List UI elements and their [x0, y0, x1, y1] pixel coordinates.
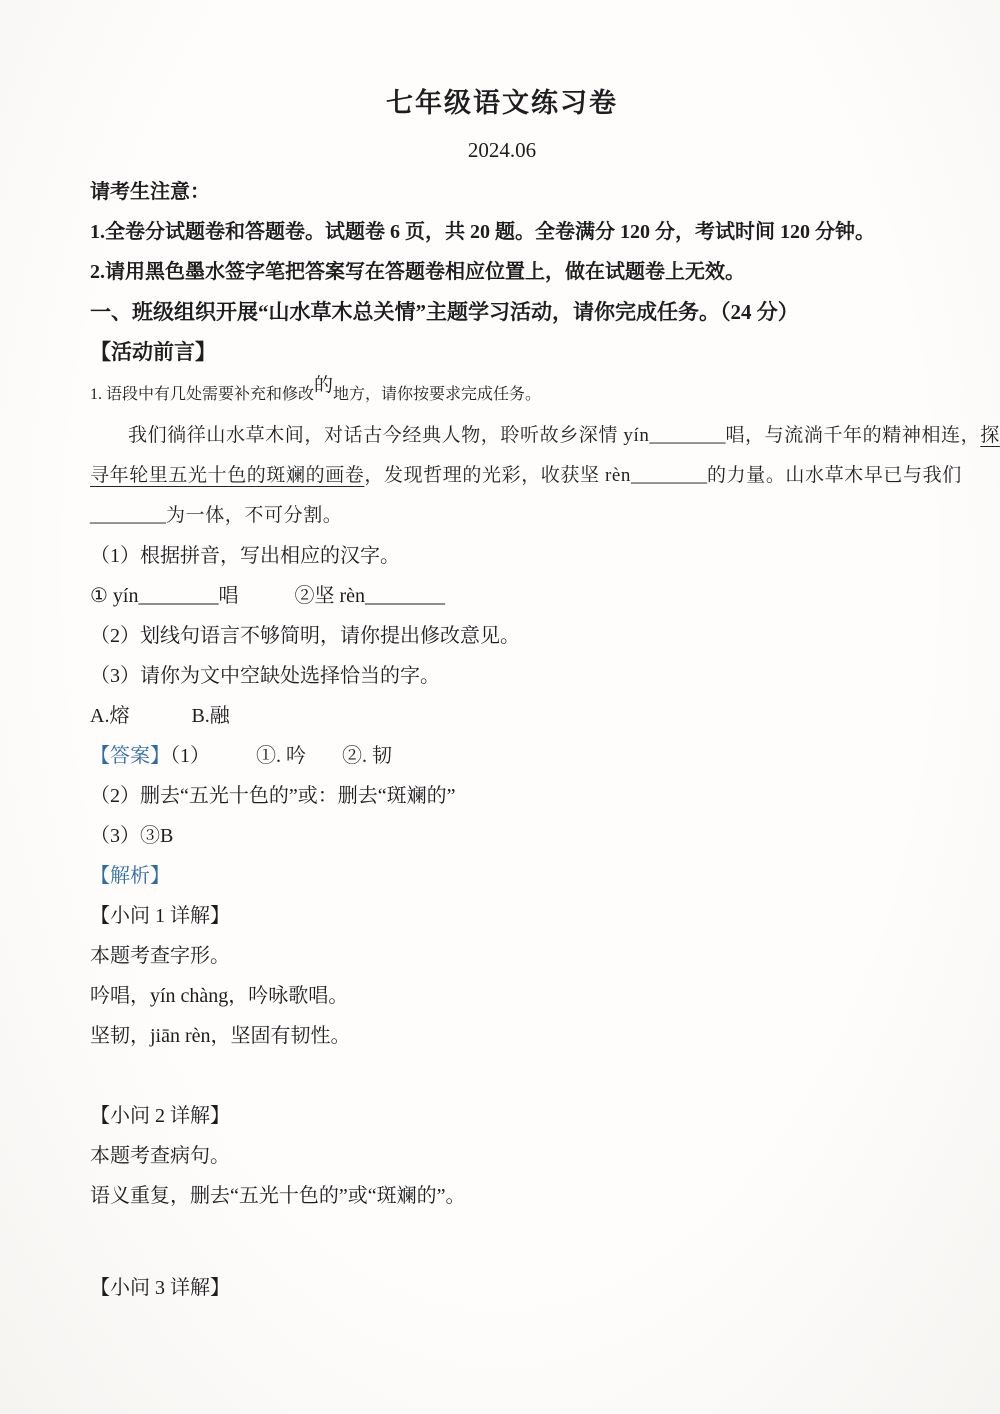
answer-part1-item1: ①. 吟 — [256, 745, 306, 767]
pinyin-blank-1: ① yín________唱 — [90, 585, 239, 607]
passage-text: 为一体，不可分割。 — [166, 505, 342, 526]
exam-date: 2024.06 — [84, 128, 920, 172]
analysis-sub2-line-2: 语义重复，删去“五光十色的”或“斑斓的”。 — [90, 1176, 920, 1216]
passage-line-3: ________为一体，不可分割。 — [90, 496, 920, 536]
underlined-phrase: 寻年轮里五光十色的斑斓的画卷 — [90, 465, 364, 486]
passage-text: 我们徜徉山水草木间，对话古今经典人物，聆听故乡深情 yín — [128, 425, 649, 446]
answer-row-3: （3）③B — [90, 816, 920, 856]
choices-row: A.熔B.融 — [90, 696, 920, 736]
analysis-sub2-heading: 【小问 2 详解】 — [90, 1096, 920, 1136]
section-heading: 一、班级组织开展“山水草木总关情”主题学习活动，请你完成任务。（24 分） — [90, 292, 920, 332]
answer-row-1: 【答案】（1）①. 吟②. 韧 — [90, 736, 920, 776]
pinyin-blank-2: ②坚 rèn________ — [295, 585, 446, 607]
blank-line: ________ — [631, 465, 707, 486]
stem-text: 1. 语段中有几处需要补充和修改 — [90, 386, 314, 403]
analysis-label: 【解析】 — [90, 856, 920, 896]
notice-item-1: 1.全卷分试题卷和答题卷。试题卷 6 页，共 20 题。全卷满分 120 分，考… — [90, 212, 920, 252]
subquestion-2: （2）划线句语言不够简明，请你提出修改意见。 — [90, 616, 920, 656]
analysis-sub1-line-1: 本题考查字形。 — [90, 936, 920, 976]
blank-line: ________ — [649, 425, 725, 446]
subquestion-3: （3）请你为文中空缺处选择恰当的字。 — [90, 656, 920, 696]
preface-label: 【活动前言】 — [90, 332, 920, 372]
notice-heading: 请考生注意： — [90, 172, 920, 212]
blank-line: ________ — [90, 505, 166, 526]
subquestion-1: （1）根据拼音，写出相应的汉字。 — [90, 536, 920, 576]
analysis-sub3-heading: 【小问 3 详解】 — [90, 1268, 920, 1308]
stem-superscript: 的 — [314, 375, 333, 396]
stem-text: 地方，请你按要求完成任务。 — [333, 386, 541, 403]
analysis-sub1-line-3: 坚韧，jiān rèn，坚固有韧性。 — [90, 1016, 920, 1056]
answer-part1-number: （1） — [170, 745, 210, 767]
passage-line-1: 我们徜徉山水草木间，对话古今经典人物，聆听故乡深情 yín________唱，与… — [90, 416, 920, 456]
exam-paper-page: 七年级语文练习卷 2024.06 请考生注意： 1.全卷分试题卷和答题卷。试题卷… — [0, 0, 1000, 1414]
answer-row-2: （2）删去“五光十色的”或：删去“斑斓的” — [90, 776, 920, 816]
choice-b: B.融 — [191, 705, 229, 727]
notice-item-2: 2.请用黑色墨水签字笔把答案写在答题卷相应位置上，做在试题卷上无效。 — [90, 252, 920, 292]
passage-text: ，发现哲理的光彩，收获坚 rèn — [364, 465, 631, 486]
underlined-phrase: 探 — [980, 425, 1000, 446]
analysis-sub1-line-2: 吟唱，yín chàng，吟咏歌唱。 — [90, 976, 920, 1016]
passage-text: 的力量。山水草木早已与我们 — [707, 465, 962, 486]
subquestion-1-blanks: ① yín________唱②坚 rèn________ — [90, 576, 920, 616]
choice-a: A.熔 — [90, 705, 129, 727]
answer-part1-item2: ②. 韧 — [342, 745, 392, 767]
question-stem: 1. 语段中有几处需要补充和修改的地方，请你按要求完成任务。 — [90, 372, 920, 416]
page-title: 七年级语文练习卷 — [84, 78, 920, 128]
passage-line-2: 寻年轮里五光十色的斑斓的画卷，发现哲理的光彩，收获坚 rèn________的力… — [90, 456, 920, 496]
analysis-sub1-heading: 【小问 1 详解】 — [90, 896, 920, 936]
answer-label: 【答案】 — [90, 745, 170, 767]
analysis-sub2-line-1: 本题考查病句。 — [90, 1136, 920, 1176]
passage-text: 唱，与流淌千年的精神相连， — [725, 425, 980, 446]
passage: 我们徜徉山水草木间，对话古今经典人物，聆听故乡深情 yín________唱，与… — [90, 416, 920, 536]
